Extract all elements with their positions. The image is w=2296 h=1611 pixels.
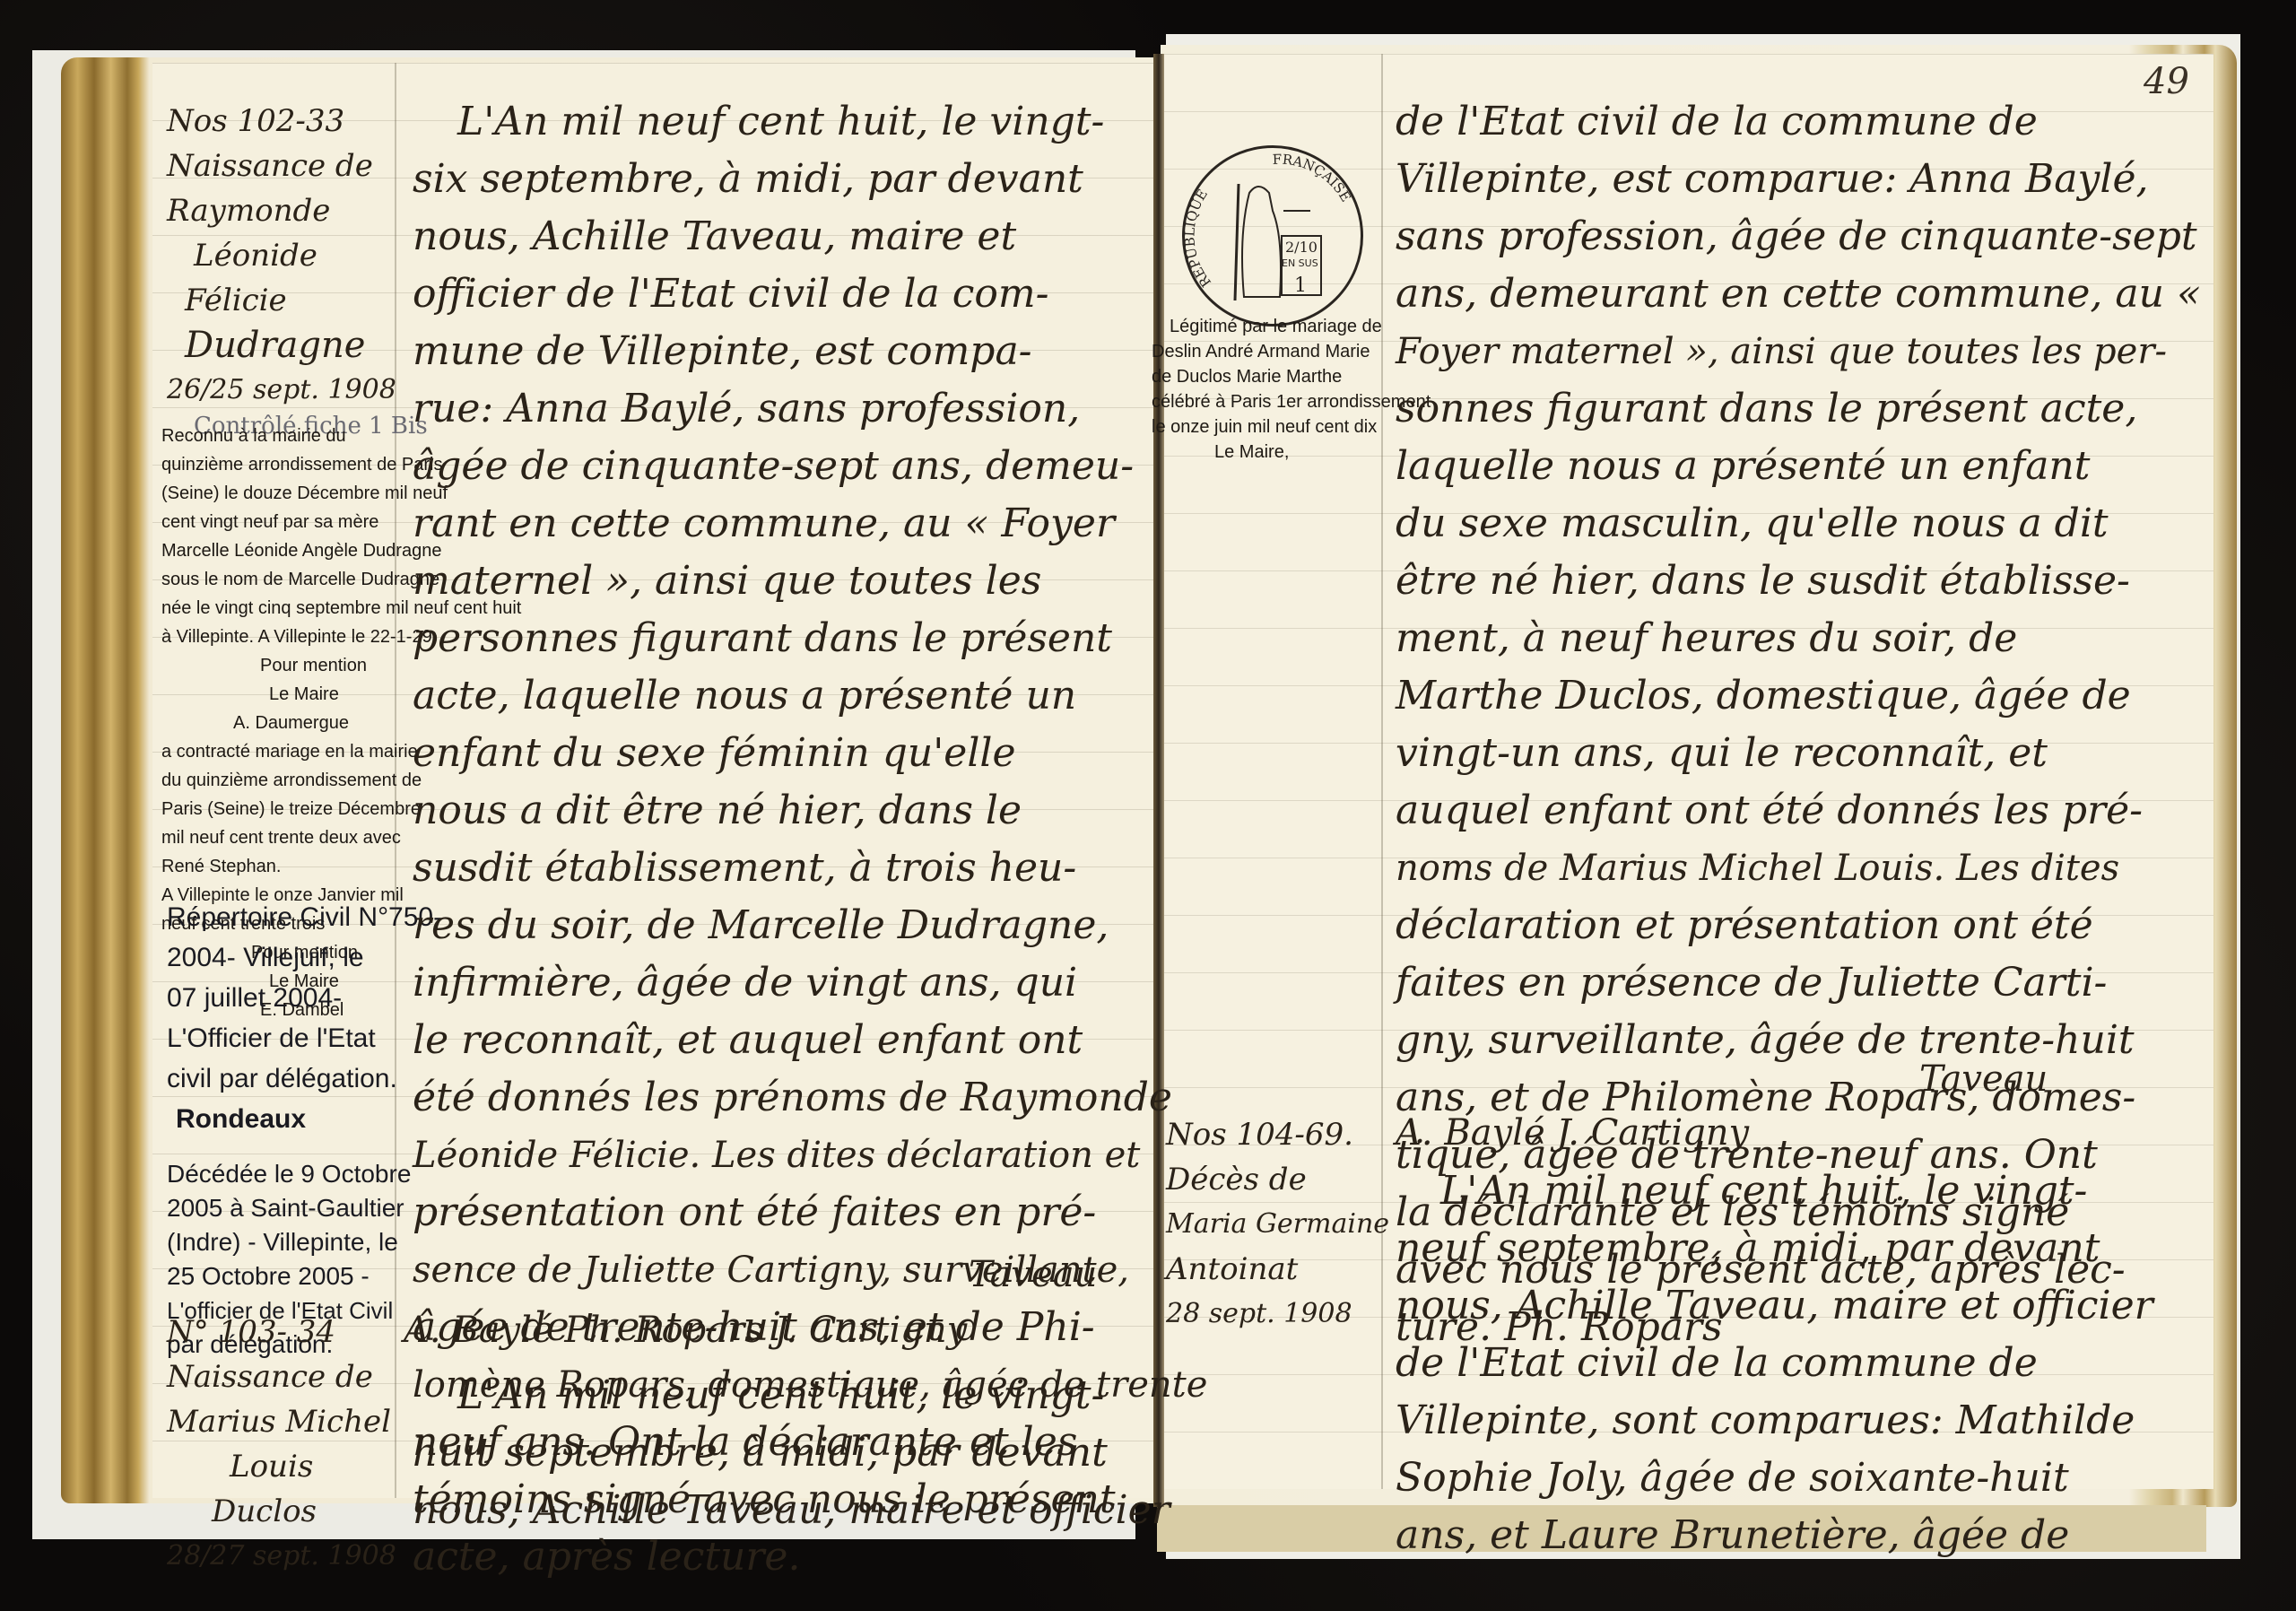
modern-line: 2005 à Saint-Gaultier (167, 1191, 409, 1225)
text-line: maternel », ainsi que toutes les (413, 553, 1157, 610)
margin-entry-104: Nos 104-69. Décès de Maria Germaine Anto… (1166, 1112, 1381, 1337)
entry-title-line: Maria Germaine (1166, 1202, 1381, 1247)
signatures-witnesses: A. Baylé J. Cartigny (1396, 1112, 1749, 1154)
annotation-line: Le Maire (161, 680, 404, 709)
text-line: de l'Etat civil de la commune de (1396, 93, 2167, 151)
entry-title-line: Dudragne (167, 323, 400, 368)
annotation-line: sous le nom de Marcelle Dudragne (161, 565, 404, 594)
text-line: vingt-un ans, qui le reconnaît, et (1396, 725, 2167, 782)
text-line: nous, Achille Taveau, maire et officier (1396, 1277, 2167, 1335)
annotation-line: du quinzième arrondissement de (161, 766, 404, 795)
annotation-line: quinzième arrondissement de Paris (161, 450, 404, 479)
text-line: mune de Villepinte, est compa- (413, 323, 1157, 380)
text-line: Villepinte, est comparue: Anna Baylé, (1396, 151, 2167, 208)
signature-mayor-taveau: Taveau (969, 1254, 1097, 1295)
text-line: six septembre, à midi, par devant (413, 151, 1157, 208)
note-line: Le Maire, (1152, 440, 1431, 465)
text-line: L'An mil neuf cent huit, le vingt- (1396, 1163, 2167, 1220)
annotation-line: a contracté mariage en la mairie (161, 737, 404, 766)
text-line: présentation ont été faites en pré- (413, 1184, 1157, 1241)
text-line: nous a dit être né hier, dans le (413, 782, 1157, 840)
entry-title-line: Antoinat (1166, 1247, 1381, 1292)
modern-line: 07 juillet 2004- (167, 978, 409, 1018)
entry-date: 28/27 sept. 1908 (167, 1534, 409, 1579)
modern-line: L'Officier de l'Etat (167, 1018, 409, 1058)
text-line: ans, et Laure Brunetière, âgée de (1396, 1507, 2167, 1564)
text-line: de l'Etat civil de la commune de (1396, 1335, 2167, 1392)
entry-number: Nos 102-33 (167, 99, 400, 144)
text-line: rue: Anna Baylé, sans profession, (413, 380, 1157, 438)
text-line: Léonide Félicie. Les dites déclaration e… (413, 1127, 1157, 1184)
annotation-line: née le vingt cinq septembre mil neuf cen… (161, 594, 404, 623)
text-line: gny, surveillante, âgée de trente-huit (1396, 1012, 2167, 1069)
modern-line: 2004- Villejuif, le (167, 937, 409, 978)
annotation-line: Pour mention (161, 651, 404, 680)
text-line: rant en cette commune, au « Foyer (413, 495, 1157, 553)
annotation-line: Marcelle Léonide Angèle Dudragne (161, 536, 404, 565)
annotation-line: Reconnu à la mairie du (161, 422, 404, 450)
text-line: Foyer maternel », ainsi que toutes les p… (1396, 323, 2167, 380)
modern-line: civil par délégation. (167, 1058, 409, 1099)
svg-text:RÉPUBLIQUE: RÉPUBLIQUE (1185, 187, 1214, 291)
entry-number: Nos 104-69. (1166, 1112, 1381, 1157)
annotation-line: mil neuf cent trente deux avec (161, 823, 404, 852)
text-line: être né hier, dans le susdit établisse- (1396, 553, 2167, 610)
note-line: le onze juin mil neuf cent dix (1152, 414, 1431, 440)
note-line: de Duclos Marie Marthe (1152, 364, 1431, 389)
entry-title-line: Louis (167, 1444, 409, 1489)
left-continuation-text: L'An mil neuf cent huit, le vingt- huit … (413, 1367, 1157, 1539)
text-line: âgée de cinquante-sept ans, demeu- (413, 438, 1157, 495)
entry-title-line: Raymonde (167, 188, 400, 233)
svg-text:EN SUS: EN SUS (1282, 257, 1318, 269)
text-line: auquel enfant ont été donnés les pré- (1396, 782, 2167, 840)
entry-date: 26/25 sept. 1908 (167, 368, 400, 413)
text-line: faites en présence de Juliette Carti- (1396, 954, 2167, 1012)
text-line: acte, laquelle nous a présenté un (413, 667, 1157, 725)
entry-number: N° 103- 34 (167, 1310, 409, 1354)
text-line: nous, Achille Taveau, maire et officier (413, 1482, 1157, 1539)
entry-title-line: Félicie (167, 278, 400, 323)
text-line: enfant du sexe féminin qu'elle (413, 725, 1157, 782)
margin-entry-102: Nos 102-33 Naissance de Raymonde Léonide… (167, 99, 400, 440)
annotation-line: cent vingt neuf par sa mère (161, 508, 404, 536)
note-line: Deslin André Armand Marie (1152, 339, 1431, 364)
margin-entry-103: N° 103- 34 Naissance de Marius Michel Lo… (167, 1310, 409, 1579)
note-line: Légitimé par le mariage de (1152, 314, 1431, 339)
annotation-line: (Seine) le douze Décembre mil neuf (161, 479, 404, 508)
text-line: L'An mil neuf cent huit, le vingt- (413, 1367, 1157, 1424)
signature-officer: Rondeaux (167, 1099, 409, 1139)
text-line: res du soir, de Marcelle Dudragne, (413, 897, 1157, 954)
text-line: Sophie Joly, âgée de soixante-huit (1396, 1450, 2167, 1507)
signature-mayor-taveau: Taveau (1919, 1058, 2048, 1100)
text-line: été donnés les prénoms de Raymonde (413, 1069, 1157, 1127)
entry-title-line: Naissance de (167, 1354, 409, 1399)
text-line: le reconnaît, et auquel enfant ont (413, 1012, 1157, 1069)
text-line: Marthe Duclos, domestique, âgée de (1396, 667, 2167, 725)
text-line: personnes figurant dans le présent (413, 610, 1157, 667)
text-line: L'An mil neuf cent huit, le vingt- (413, 93, 1157, 151)
modern-line: Répertoire Civil N°750- (167, 897, 409, 937)
signature-mayor: A. Daumergue (161, 709, 404, 737)
left-main-text: L'An mil neuf cent huit, le vingt- six s… (413, 93, 1157, 1586)
text-line: infirmière, âgée de vingt ans, qui (413, 954, 1157, 1012)
modern-annotations: Répertoire Civil N°750- 2004- Villejuif,… (167, 897, 409, 1362)
text-line: Villepinte, sont comparues: Mathilde (1396, 1392, 2167, 1450)
annotation-line: Paris (Seine) le treize Décembre (161, 795, 404, 823)
text-line: ment, à neuf heures du soir, de (1396, 610, 2167, 667)
note-line: célébré à Paris 1er arrondissement (1152, 389, 1431, 414)
entry-title-line: Décès de (1166, 1157, 1381, 1202)
text-line: du sexe masculin, qu'elle nous a dit (1396, 495, 2167, 553)
text-line: officier de l'Etat civil de la com- (413, 266, 1157, 323)
svg-text:1: 1 (1294, 274, 1307, 297)
text-line: sonnes figurant dans le présent acte, (1396, 380, 2167, 438)
modern-line: (Indre) - Villepinte, le (167, 1225, 409, 1259)
marianne-stamp-icon: RÉPUBLIQUE FRANÇAISE 2/10 EN SUS 1 (1185, 148, 1361, 324)
svg-text:2/10: 2/10 (1285, 239, 1318, 256)
right-continuation-text: L'An mil neuf cent huit, le vingt- neuf … (1396, 1163, 2167, 1564)
modern-line: 25 Octobre 2005 - (167, 1259, 409, 1293)
text-line: noms de Marius Michel Louis. Les dites (1396, 840, 2167, 897)
text-line: neuf septembre, à midi, par devant (1396, 1220, 2167, 1277)
annotation-line: à Villepinte. A Villepinte le 22-1-29 (161, 623, 404, 651)
entry-title-line: Léonide (167, 233, 400, 278)
text-line: laquelle nous a présenté un enfant (1396, 438, 2167, 495)
entry-title-line: Marius Michel (167, 1399, 409, 1444)
text-line: susdit établissement, à trois heu- (413, 840, 1157, 897)
text-line: ans, demeurant en cette commune, au « (1396, 266, 2167, 323)
signatures-witnesses: A. Baylé Ph. Ropars J. Cartigny (404, 1310, 967, 1351)
entry-date: 28 sept. 1908 (1166, 1292, 1381, 1337)
legitimation-note: Légitimé par le mariage de Deslin André … (1152, 314, 1431, 465)
modern-line: Décédée le 9 Octobre (167, 1157, 409, 1191)
svg-text:FRANÇAISE: FRANÇAISE (1273, 152, 1354, 205)
text-line: sans profession, âgée de cinquante-sept (1396, 208, 2167, 266)
text-line: nous, Achille Taveau, maire et (413, 208, 1157, 266)
text-line: huit septembre, à midi, par devant (413, 1424, 1157, 1482)
text-line: déclaration et présentation ont été (1396, 897, 2167, 954)
entry-title-line: Duclos (167, 1489, 409, 1534)
fiscal-stamp: RÉPUBLIQUE FRANÇAISE 2/10 EN SUS 1 (1182, 145, 1363, 327)
annotation-line: René Stephan. (161, 852, 404, 881)
entry-title-line: Naissance de (167, 144, 400, 188)
right-margin-rule (1381, 54, 1383, 1489)
